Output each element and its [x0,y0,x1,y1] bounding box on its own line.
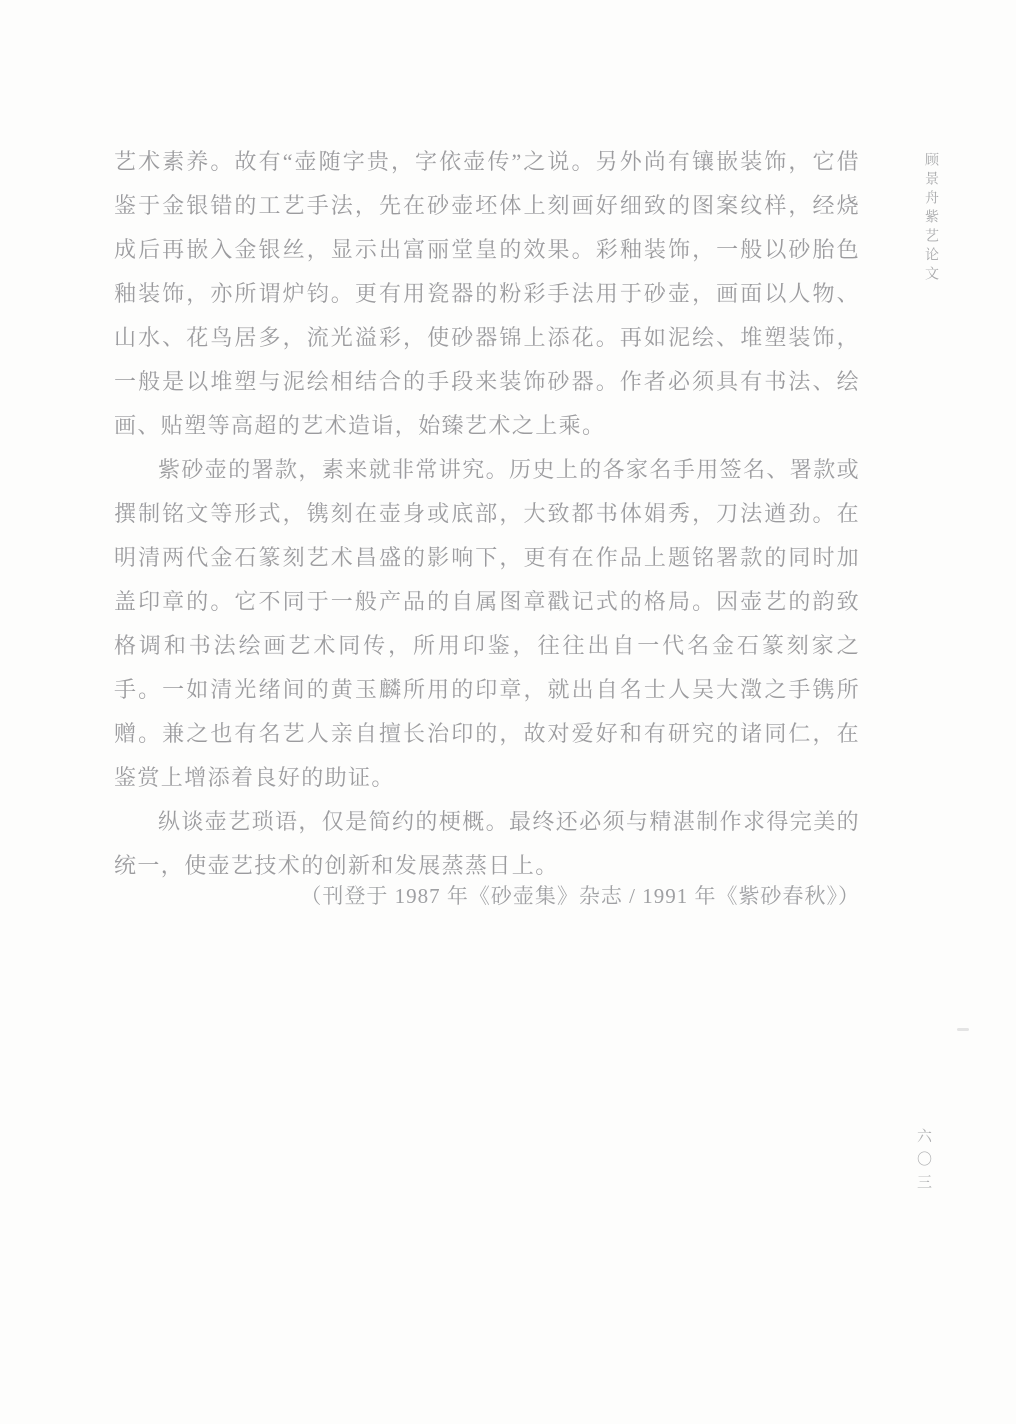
paragraph-seals-signatures: 紫砂壶的署款，素来就非常讲究。历史上的各家名手用签名、署款或撰制铭文等形式，镌刻… [114,448,860,800]
paragraph-decoration-techniques: 艺术素养。故有“壶随字贵，字依壶传”之说。另外尚有镶嵌装饰，它借鉴于金银错的工艺… [114,140,860,448]
publication-attribution: （刊登于 1987 年《砂壶集》杂志 / 1991 年《紫砂春秋》） [114,881,860,911]
scanned-book-page: 艺术素养。故有“壶随字贵，字依壶传”之说。另外尚有镶嵌装饰，它借鉴于金银错的工艺… [0,0,1016,1424]
paragraph-conclusion: 纵谈壶艺琐语，仅是简约的梗概。最终还必须与精湛制作求得完美的统一，使壶艺技术的创… [114,800,860,888]
scan-artifact-smudge [957,1028,969,1031]
margin-note-chapter-title: 顾景舟紫艺论文 [920,152,940,285]
folio-page-number: 六〇三 [913,1128,934,1197]
body-text-block: 艺术素养。故有“壶随字贵，字依壶传”之说。另外尚有镶嵌装饰，它借鉴于金银错的工艺… [114,140,860,888]
